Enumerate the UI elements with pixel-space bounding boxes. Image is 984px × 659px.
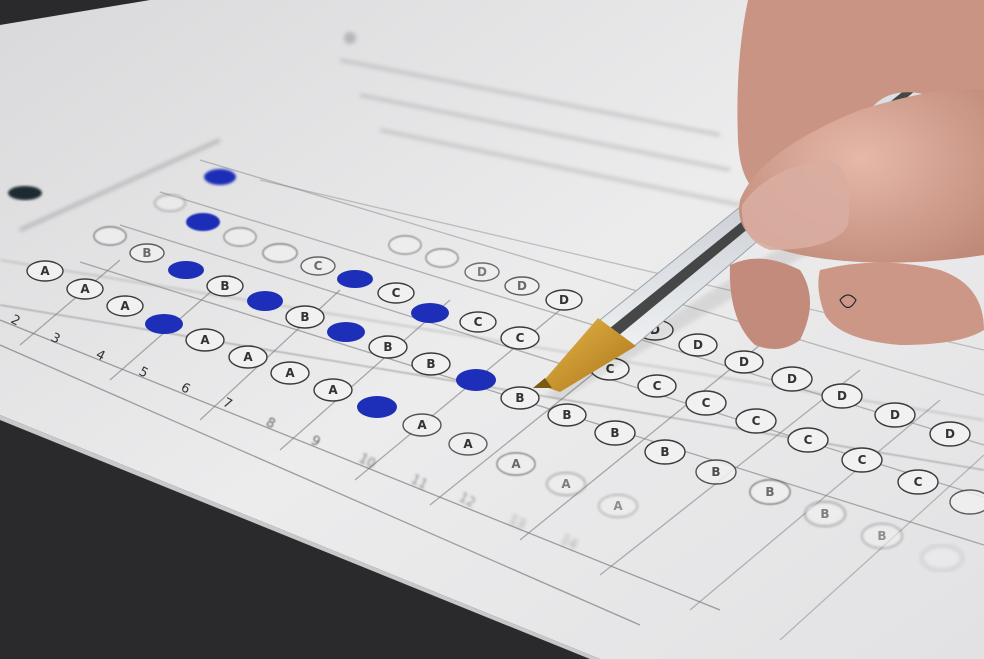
svg-text:C: C <box>702 396 711 410</box>
svg-text:A: A <box>328 383 338 397</box>
svg-text:C: C <box>804 433 813 447</box>
svg-text:B: B <box>220 279 229 293</box>
svg-text:B: B <box>765 485 774 499</box>
svg-text:B: B <box>610 426 619 440</box>
svg-text:A: A <box>243 350 253 364</box>
svg-text:A: A <box>80 282 90 296</box>
svg-text:A: A <box>285 366 295 380</box>
svg-text:C: C <box>914 475 923 489</box>
svg-text:B: B <box>820 507 829 521</box>
dark-mark <box>8 186 42 200</box>
svg-text:B: B <box>562 408 571 422</box>
svg-text:B: B <box>660 445 669 459</box>
hand <box>730 0 984 349</box>
svg-text:B: B <box>426 357 435 371</box>
svg-text:A: A <box>200 333 210 347</box>
svg-text:D: D <box>517 279 527 293</box>
svg-text:B: B <box>877 529 886 543</box>
svg-text:D: D <box>787 372 797 386</box>
svg-text:A: A <box>561 477 571 491</box>
svg-text:C: C <box>474 315 483 329</box>
svg-text:B: B <box>300 310 309 324</box>
svg-text:B: B <box>142 246 151 260</box>
svg-text:A: A <box>120 299 130 313</box>
svg-text:A: A <box>417 418 427 432</box>
svg-text:A: A <box>463 437 473 451</box>
svg-text:B: B <box>711 465 720 479</box>
svg-text:D: D <box>477 265 487 279</box>
svg-text:C: C <box>392 286 401 300</box>
svg-text:C: C <box>653 379 662 393</box>
svg-text:D: D <box>559 293 569 307</box>
svg-text:C: C <box>858 453 867 467</box>
svg-text:D: D <box>693 338 703 352</box>
photo-scene: 2 3 4 5 6 7 8 9 10 11 12 13 14 <box>0 0 984 659</box>
svg-text:D: D <box>945 427 955 441</box>
svg-text:B: B <box>515 391 524 405</box>
svg-text:C: C <box>516 331 525 345</box>
svg-text:A: A <box>613 499 623 513</box>
svg-text:C: C <box>314 259 323 273</box>
svg-text:C: C <box>752 414 761 428</box>
svg-text:A: A <box>40 264 50 278</box>
svg-text:D: D <box>739 355 749 369</box>
svg-text:D: D <box>890 408 900 422</box>
answer-sheet-photo: 2 3 4 5 6 7 8 9 10 11 12 13 14 <box>0 0 984 659</box>
svg-text:A: A <box>511 457 521 471</box>
svg-text:B: B <box>383 340 392 354</box>
svg-text:D: D <box>837 389 847 403</box>
